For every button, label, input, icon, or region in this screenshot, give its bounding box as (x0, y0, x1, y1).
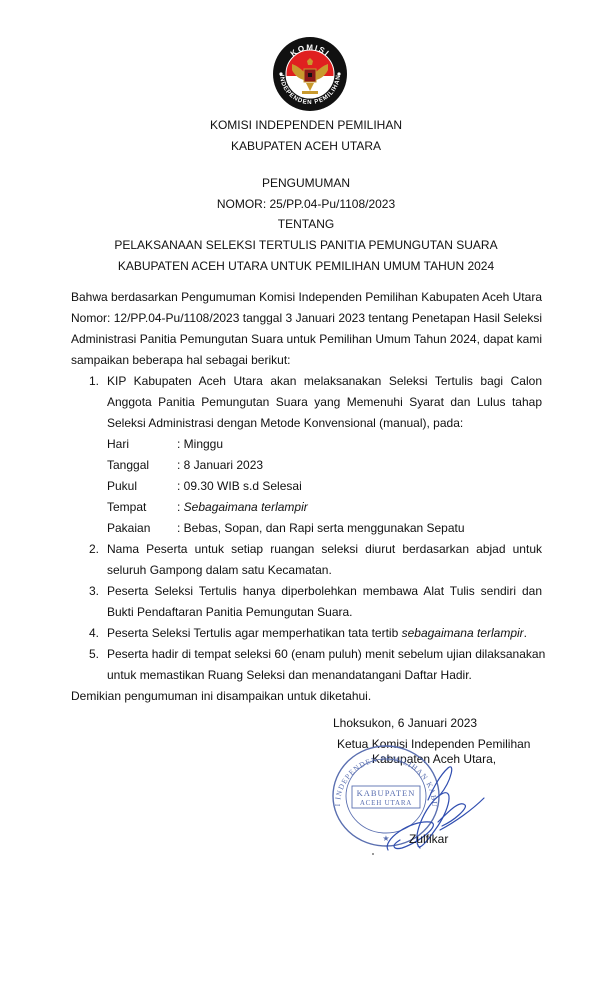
detail-row-place: Tempat: Sebagaimana terlampir (107, 497, 308, 518)
doc-type: PENGUMUMAN (0, 176, 612, 190)
list-item: 2. Nama Peserta untuk setiap ruangan sel… (89, 539, 542, 581)
list-item: 3. Peserta Seleksi Tertulis hanya diperb… (89, 581, 542, 623)
detail-row-attire: Pakaian: Bebas, Sopan, dan Rapi serta me… (107, 518, 465, 539)
doc-subject-line1: PELAKSANAAN SELEKSI TERTULIS PANITIA PEM… (0, 238, 612, 252)
signatory-name: Zulfikar (409, 832, 448, 846)
detail-row-time: Pukul: 09.30 WIB s.d Selesai (107, 476, 302, 497)
org-name-line2: KABUPATEN ACEH UTARA (0, 139, 612, 153)
list-item: 4. Peserta Seleksi Tertulis agar memperh… (89, 623, 542, 644)
list-item: 5. Peserta hadir di tempat seleksi 60 (e… (89, 644, 542, 686)
detail-row-day: Hari: Minggu (107, 434, 223, 455)
doc-subject-line2: KABUPATEN ACEH UTARA UNTUK PEMILIHAN UMU… (0, 259, 612, 273)
closing-paragraph: Demikian pengumuman ini disampaikan untu… (71, 686, 542, 707)
org-name-line1: KOMISI INDEPENDEN PEMILIHAN (0, 118, 612, 132)
detail-row-date: Tanggal: 8 Januari 2023 (107, 455, 263, 476)
stray-mark (372, 853, 374, 855)
item-number: 1. (89, 371, 107, 392)
list-item: 1. KIP Kabupaten Aceh Utara akan melaksa… (89, 371, 542, 434)
place-date: Lhoksukon, 6 Januari 2023 (333, 716, 477, 730)
kpu-emblem-icon: KOMISI INDEPENDEN PEMILIHAN (272, 36, 348, 112)
intro-paragraph: Bahwa berdasarkan Pengumuman Komisi Inde… (71, 287, 542, 371)
doc-about: TENTANG (0, 217, 612, 231)
doc-number: NOMOR: 25/PP.04-Pu/1108/2023 (0, 197, 612, 211)
